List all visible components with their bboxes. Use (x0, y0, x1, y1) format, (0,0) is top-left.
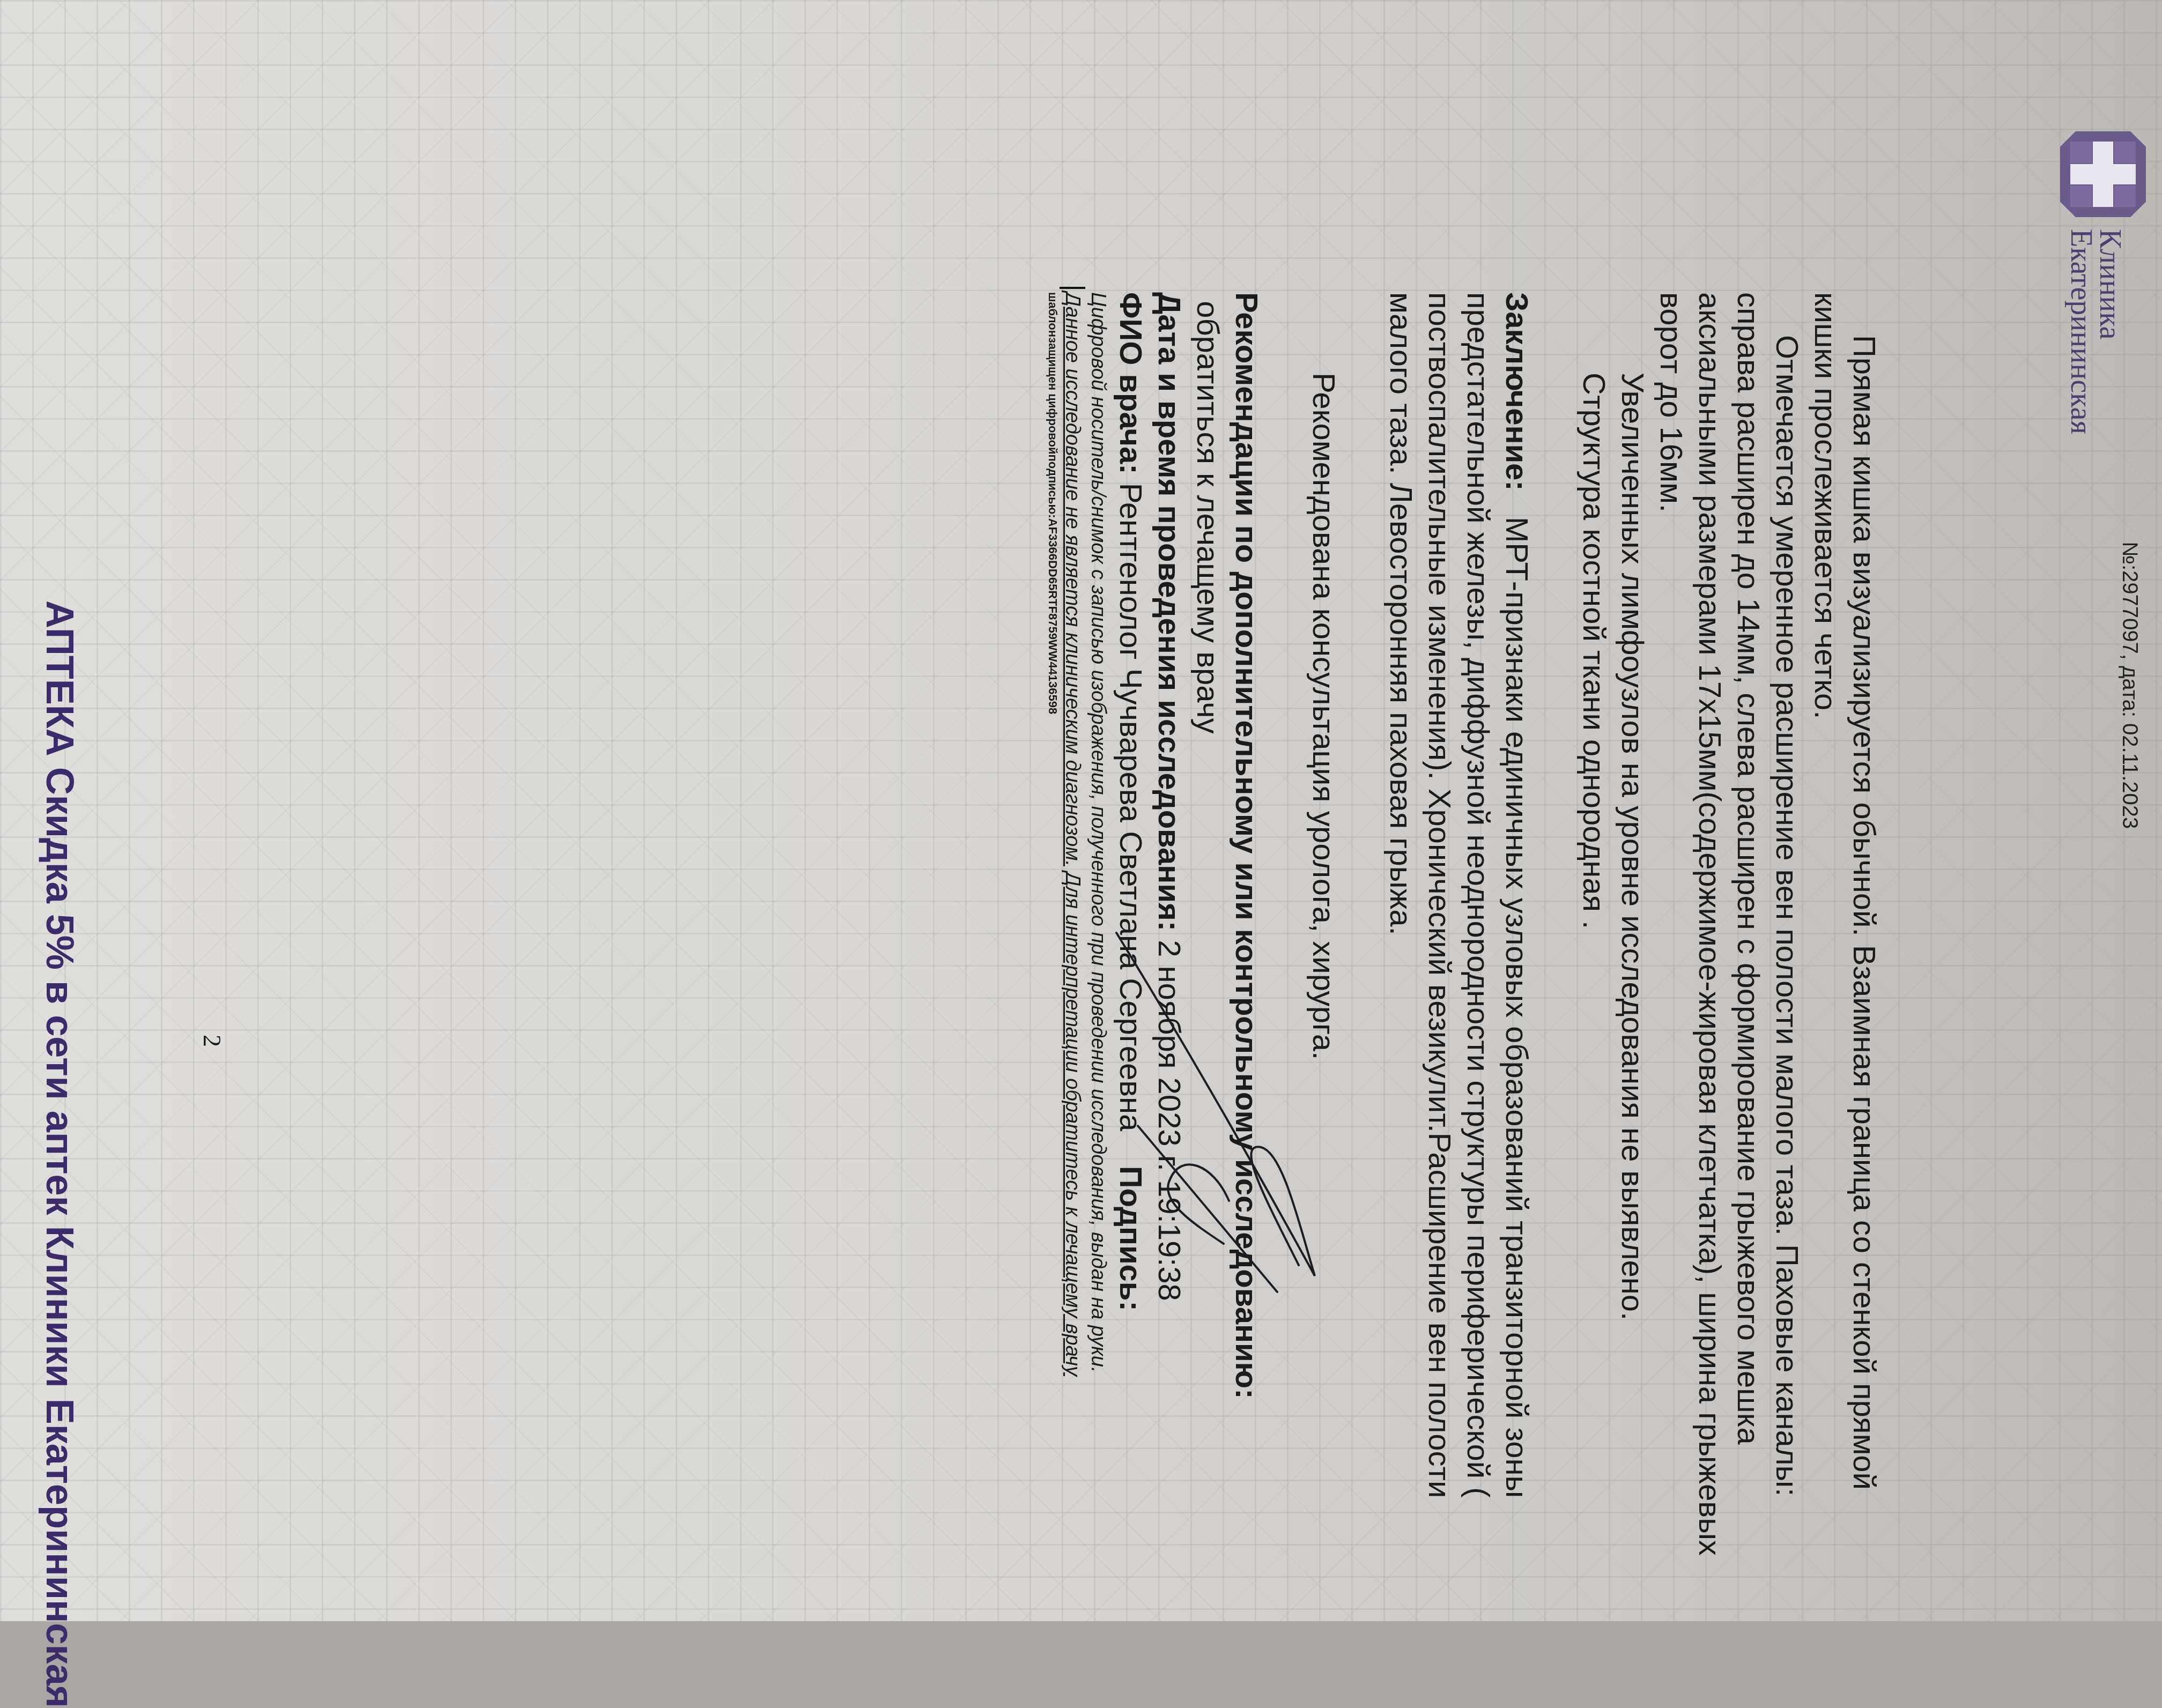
handwritten-signature-icon (1095, 922, 1320, 1297)
finding-veins: Отмечается умеренное расширение вен поло… (1652, 292, 1806, 1573)
page-number: 2 (198, 1035, 226, 1047)
disclaimer: Данное исследование не является клиничес… (1060, 287, 1085, 1573)
disclaimer-a: Данное исследование не является клиничес… (1061, 292, 1084, 866)
pharmacy-promo: АПТЕКА Скидка 5% в сети аптек Клиники Ек… (38, 600, 82, 1621)
conclusion-label: Заключение: (1499, 292, 1534, 491)
clinic-name-line2: Екатерининская (2067, 229, 2096, 434)
exam-datetime-label: Дата и время проведения исследования: (1152, 292, 1187, 931)
disclaimer-b: Для интерпретации обратитесь к лечащему … (1061, 872, 1084, 1376)
followup-value: обратиться к лечащему врачу (1190, 301, 1225, 733)
doctor-label: ФИО врача: (1113, 292, 1148, 474)
clinic-cross-logo-icon (2060, 131, 2146, 217)
finding-rectum: Прямая кишка визуализируется обычной. Вз… (1806, 292, 1883, 1573)
clinic-name-line1: Клиника (2096, 229, 2124, 434)
digital-signature-serial: шаблонзащищен цифровойподписью:AF3366DD6… (1046, 292, 1060, 1573)
document-page: Клиника Екатерининская №:2977097, дата: … (0, 0, 2162, 1621)
photo-background: Клиника Екатерининская №:2977097, дата: … (0, 0, 2162, 1621)
clinic-logo: Клиника Екатерининская (2060, 131, 2146, 434)
document-number: №:2977097, дата: 02.11.2023 (2117, 541, 2142, 829)
conclusion-block: Заключение: МРТ-признаки единичных узлов… (1381, 292, 1536, 1573)
finding-bone: Структура костной ткани однородная . (1574, 292, 1613, 1573)
finding-lymph: Увеличенных лимфоузлов на уровне исследо… (1613, 292, 1652, 1573)
